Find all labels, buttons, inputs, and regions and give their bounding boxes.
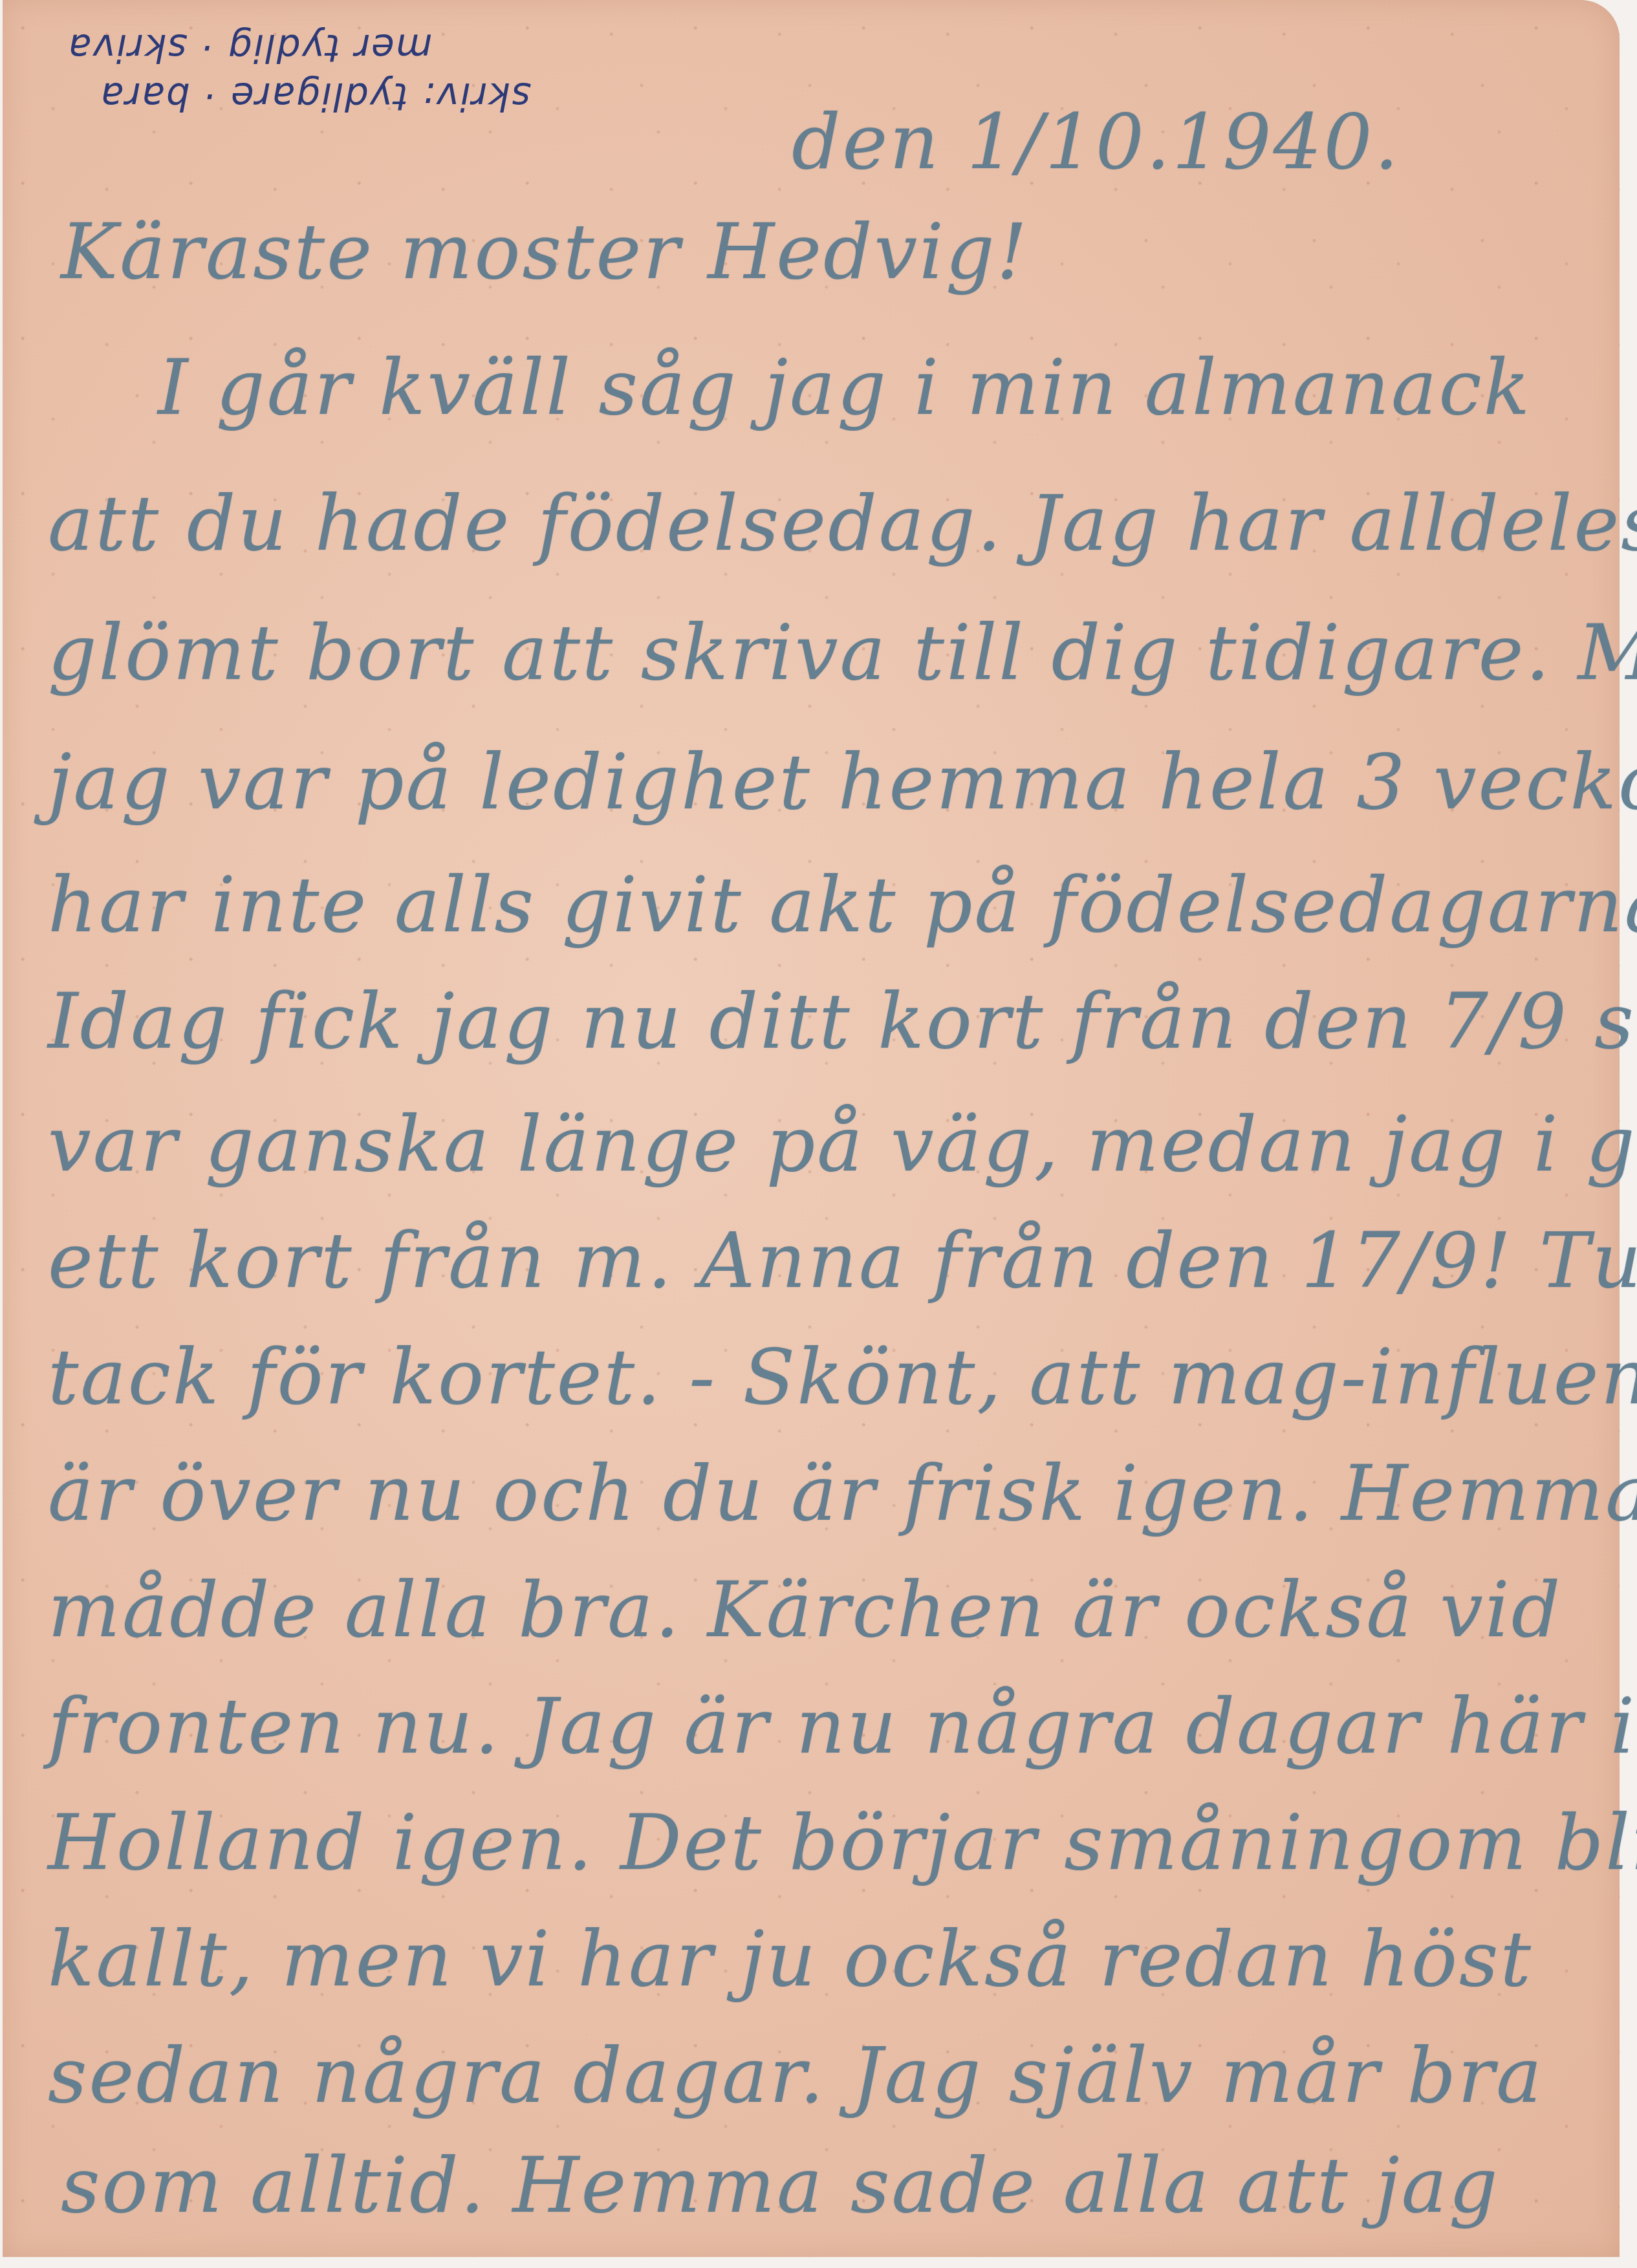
letter-line: sedan några dagar. Jag själv mår bra xyxy=(48,2031,1544,2120)
letter-line: ett kort från m. Anna från den 17/9! Tus… xyxy=(48,1216,1637,1305)
letter-line: är över nu och du är frisk igen. Hemma xyxy=(48,1449,1637,1538)
letter-line: I går kväll såg jag i min almanack xyxy=(158,343,1532,432)
letter-line: tack för kortet. - Skönt, att mag-influe… xyxy=(48,1332,1637,1421)
letter-salutation: Käraste moster Hedvig! xyxy=(61,207,1029,296)
letter-line: att du hade födelsedag. Jag har alldeles xyxy=(48,479,1637,568)
letter-line: som alltid. Hemma sade alla att jag xyxy=(61,2141,1500,2230)
upside-down-annotation-line-2: skriv: tydligare · bara xyxy=(100,74,531,118)
letter-line: Holland igen. Det börjar småningom bli xyxy=(48,1798,1637,1887)
letter-line: har inte alls givit akt på födelsedagarn… xyxy=(48,860,1637,949)
upside-down-annotation-line-1: mer tydlig · skriva xyxy=(67,26,432,70)
letter-line: glömt bort att skriva till dig tidigare.… xyxy=(48,608,1637,697)
letter-line: var ganska länge på väg, medan jag i går… xyxy=(48,1099,1637,1189)
letter-line: fronten nu. Jag är nu några dagar här i xyxy=(48,1681,1636,1771)
letter-line: Idag fick jag nu ditt kort från den 7/9 … xyxy=(48,977,1637,1066)
letter-date: den 1/10.1940. xyxy=(792,97,1400,186)
letter-line: kallt, men vi har ju också redan höst xyxy=(48,1914,1533,2003)
postcard: mer tydlig · skriva skriv: tydligare · b… xyxy=(3,0,1620,2257)
letter-line: mådde alla bra. Kärchen är också vid xyxy=(48,1565,1562,1654)
letter-line: jag var på ledighet hemma hela 3 veckor … xyxy=(48,737,1637,826)
